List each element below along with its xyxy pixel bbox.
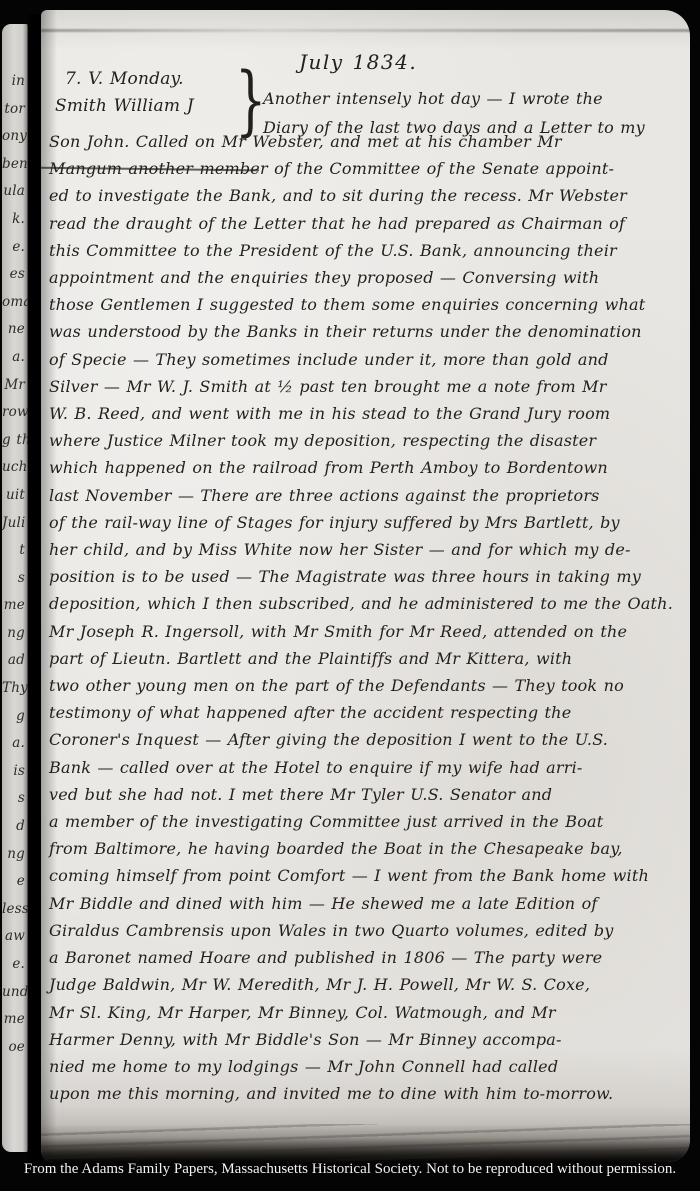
edge-text-fragment: k. <box>2 206 28 234</box>
edge-text-fragment: Juli <box>2 510 28 538</box>
margin-name-label: Smith William J <box>55 93 245 120</box>
manuscript-line: position is to be used — The Magistrate … <box>49 563 685 590</box>
edge-text-fragment: g th <box>2 427 28 455</box>
archive-credit-line: From the Adams Family Papers, Massachuse… <box>0 1161 700 1191</box>
manuscript-page: July 1834. 7. V. Monday. Smith William J… <box>41 10 690 1162</box>
edge-text-fragment: Mr <box>2 372 28 400</box>
page-bottom-shadow <box>41 1124 690 1162</box>
manuscript-line: ed to investigate the Bank, and to sit d… <box>49 182 685 209</box>
manuscript-line: read the draught of the Letter that he h… <box>49 210 685 237</box>
edge-text-fragment: a. <box>2 344 28 372</box>
edge-text-fragment: ng <box>2 620 28 648</box>
manuscript-line: last November — There are three actions … <box>49 482 685 509</box>
manuscript-line: which happened on the railroad from Pert… <box>49 454 685 481</box>
edge-text-fragment: ula <box>2 178 28 206</box>
manuscript-line: Son John. Called on Mr Webster, and met … <box>49 128 685 155</box>
edge-text-fragment: a. <box>2 730 28 758</box>
edge-text-fragment: s <box>2 785 28 813</box>
edge-text-fragment: uit <box>2 482 28 510</box>
edge-text-fragment: ng <box>2 841 28 869</box>
manuscript-line: upon me this morning, and invited me to … <box>49 1080 685 1107</box>
manuscript-line: Giraldus Cambrensis upon Wales in two Qu… <box>49 917 685 944</box>
edge-text-fragment: ony <box>2 123 28 151</box>
edge-text-fragment: Thy <box>2 675 28 703</box>
entry-body-lines: Son John. Called on Mr Webster, and met … <box>49 128 685 1107</box>
manuscript-line: her child, and by Miss White now her Sis… <box>49 536 685 563</box>
edge-text-fragment: aw <box>2 923 28 951</box>
edge-text-fragment: oman <box>2 289 28 317</box>
manuscript-line: W. B. Reed, and went with me in his stea… <box>49 400 685 427</box>
manuscript-line: Silver — Mr W. J. Smith at ½ past ten br… <box>49 373 685 400</box>
manuscript-line: coming himself from point Comfort — I we… <box>49 862 685 889</box>
edge-text-fragment: me <box>2 592 28 620</box>
entry-margin-header: 7. V. Monday. Smith William J <box>55 66 245 120</box>
edge-text-fragment: e. <box>2 951 28 979</box>
manuscript-line: ved but she had not. I met there Mr Tyle… <box>49 781 685 808</box>
edge-text-fragment: s <box>2 565 28 593</box>
edge-text-fragment: g <box>2 703 28 731</box>
edge-text-fragment: oe <box>2 1034 28 1062</box>
edge-text-fragment: ne <box>2 316 28 344</box>
manuscript-line: Harmer Denny, with Mr Biddle's Son — Mr … <box>49 1026 685 1053</box>
margin-day-label: 7. V. Monday. <box>55 66 245 93</box>
edge-text-fragment: bent <box>2 151 28 179</box>
facing-page-fragments: intoronybentulak.e.esomannea.Mrrowg thuc… <box>2 24 28 1061</box>
manuscript-line: Coroner's Inquest — After giving the dep… <box>49 726 685 753</box>
manuscript-line: of the rail-way line of Stages for injur… <box>49 509 685 536</box>
entry-brace: } <box>235 62 266 138</box>
manuscript-line: Mr Joseph R. Ingersoll, with Mr Smith fo… <box>49 618 685 645</box>
edge-text-fragment: is <box>2 758 28 786</box>
manuscript-line: Mr Biddle and dined with him — He shewed… <box>49 890 685 917</box>
manuscript-line: Bank — called over at the Hotel to enqui… <box>49 754 685 781</box>
edge-text-fragment: row <box>2 399 28 427</box>
edge-text-fragment: in <box>2 68 28 96</box>
date-heading: July 1834. <box>299 50 417 74</box>
edge-text-fragment: less <box>2 896 28 924</box>
manuscript-line: this Committee to the President of the U… <box>49 237 685 264</box>
manuscript-line: appointment and the enquiries they propo… <box>49 264 685 291</box>
manuscript-line: of Specie — They sometimes include under… <box>49 346 685 373</box>
facing-page-edge: intoronybentulak.e.esomannea.Mrrowg thuc… <box>2 24 28 1152</box>
manuscript-line: deposition, which I then subscribed, and… <box>49 590 685 617</box>
manuscript-line: was understood by the Banks in their ret… <box>49 318 685 345</box>
edge-text-fragment: ad <box>2 647 28 675</box>
edge-text-fragment: und <box>2 979 28 1007</box>
manuscript-line: where Justice Milner took my deposition,… <box>49 427 685 454</box>
manuscript-line: Judge Baldwin, Mr W. Meredith, Mr J. H. … <box>49 971 685 998</box>
manuscript-line: a Baronet named Hoare and published in 1… <box>49 944 685 971</box>
manuscript-line: nied me home to my lodgings — Mr John Co… <box>49 1053 685 1080</box>
manuscript-line: two other young men on the part of the D… <box>49 672 685 699</box>
edge-text-fragment: tor <box>2 96 28 124</box>
edge-text-fragment: es <box>2 261 28 289</box>
manuscript-line: a member of the investigating Committee … <box>49 808 685 835</box>
edge-text-fragment: me <box>2 1006 28 1034</box>
edge-text-fragment: uch <box>2 454 28 482</box>
manuscript-line: from Baltimore, he having boarded the Bo… <box>49 835 685 862</box>
scanned-document: intoronybentulak.e.esomannea.Mrrowg thuc… <box>0 0 700 1191</box>
edge-text-fragment: e. <box>2 234 28 262</box>
manuscript-line: Another intensely hot day — I wrote the <box>263 84 690 113</box>
edge-text-fragment: d <box>2 813 28 841</box>
edge-text-fragment: t <box>2 537 28 565</box>
edge-text-fragment: e <box>2 868 28 896</box>
manuscript-line: testimony of what happened after the acc… <box>49 699 685 726</box>
manuscript-line: Mangum another member of the Committee o… <box>49 155 685 182</box>
manuscript-line: Mr Sl. King, Mr Harper, Mr Binney, Col. … <box>49 999 685 1026</box>
manuscript-line: part of Lieutn. Bartlett and the Plainti… <box>49 645 685 672</box>
page-top-crease <box>41 29 690 32</box>
manuscript-line: those Gentlemen I suggested to them some… <box>49 291 685 318</box>
